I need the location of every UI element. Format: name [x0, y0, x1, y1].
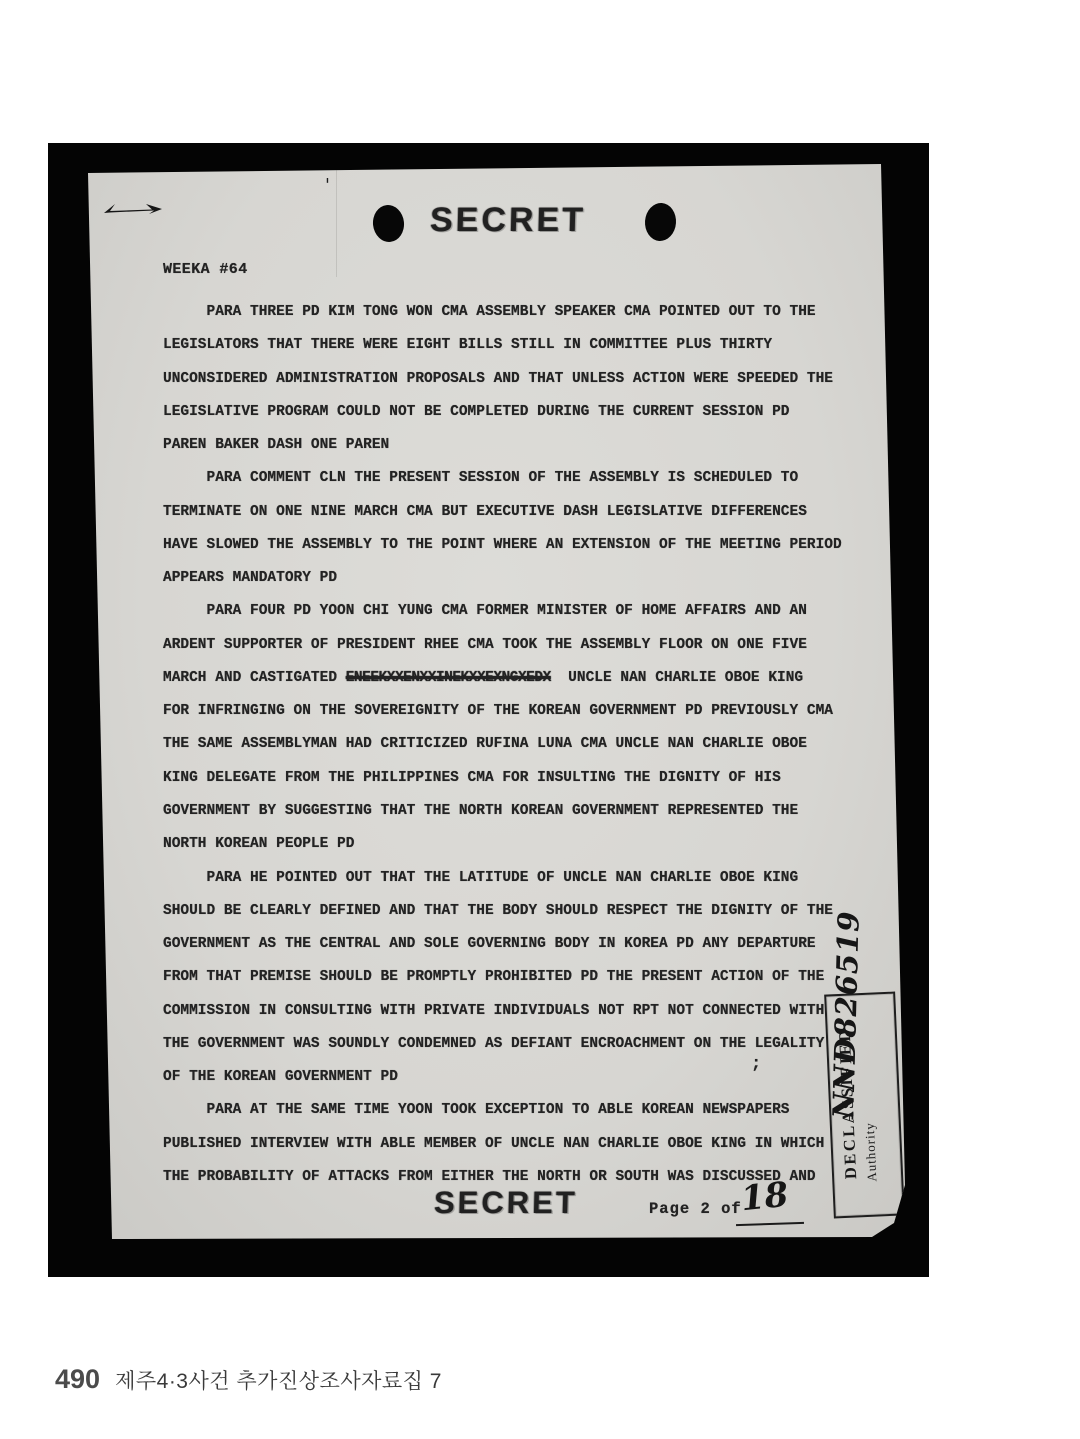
line-text: UNCLE NAN CHARLIE OBOE KING — [551, 670, 803, 686]
document-line: KING DELEGATE FROM THE PHILIPPINES CMA F… — [163, 762, 883, 795]
handwritten-underline — [736, 1222, 804, 1226]
hole-punch-right — [644, 202, 678, 242]
book-page: ' SECRET WEEKA #64 PARA THREE PD KIM TON… — [0, 0, 1080, 1439]
document-line: ARDENT SUPPORTER OF PRESIDENT RHEE CMA T… — [163, 629, 883, 662]
document-line: THE SAME ASSEMBLYMAN HAD CRITICIZED RUFI… — [163, 728, 883, 761]
document-line: HAVE SLOWED THE ASSEMBLY TO THE POINT WH… — [163, 529, 883, 562]
document-line: PARA COMMENT CLN THE PRESENT SESSION OF … — [163, 462, 883, 495]
authority-number-handwritten: NND826519 — [826, 910, 865, 1119]
document-line: PARA FOUR PD YOON CHI YUNG CMA FORMER MI… — [163, 595, 883, 628]
stray-semicolon-mark: ; — [751, 1055, 761, 1074]
paper-crease — [336, 159, 337, 277]
document-line: PARA THREE PD KIM TONG WON CMA ASSEMBLY … — [163, 296, 883, 329]
document-line: GOVERNMENT BY SUGGESTING THAT THE NORTH … — [163, 795, 883, 828]
document-line: COMMISSION IN CONSULTING WITH PRIVATE IN… — [163, 995, 883, 1028]
document-line: TERMINATE ON ONE NINE MARCH CMA BUT EXEC… — [163, 496, 883, 529]
declassified-stamp-text: DECLASSIFIED Authority NND826519 — [826, 994, 896, 1211]
stray-apostrophe-mark: ' — [325, 175, 330, 196]
secret-stamp-bottom: SECRET — [434, 1185, 555, 1221]
document-body: PARA THREE PD KIM TONG WON CMA ASSEMBLY … — [163, 296, 883, 1194]
document-line: FOR INFRINGING ON THE SOVEREIGNITY OF TH… — [163, 695, 883, 728]
page-total-handwritten: 18 — [739, 1175, 790, 1220]
document-line: THE GOVERNMENT WAS SOUNDLY CONDEMNED AS … — [163, 1028, 883, 1061]
document-line: NORTH KOREAN PEOPLE PD — [163, 828, 883, 861]
document-line: UNCONSIDERED ADMINISTRATION PROPOSALS AN… — [163, 363, 883, 396]
document-line: FROM THAT PREMISE SHOULD BE PROMPTLY PRO… — [163, 961, 883, 994]
page-count-label: Page 2 of — [649, 1200, 742, 1218]
document-line: PAREN BAKER DASH ONE PAREN — [163, 429, 883, 462]
document-line: SHOULD BE CLEARLY DEFINED AND THAT THE B… — [163, 895, 883, 928]
document-line: MARCH AND CASTIGATED ENEEKXXENXXINEKXXEX… — [163, 662, 883, 695]
hole-punch-left — [371, 203, 406, 243]
document-line: LEGISLATIVE PROGRAM COULD NOT BE COMPLET… — [163, 396, 883, 429]
document-line: PUBLISHED INTERVIEW WITH ABLE MEMBER OF … — [163, 1128, 883, 1161]
document-line: GOVERNMENT AS THE CENTRAL AND SOLE GOVER… — [163, 928, 883, 961]
book-page-number: 490 — [55, 1364, 100, 1395]
typed-over-strikeout: ENEEKXXENXXINEKXXEXNGXEDX — [346, 670, 551, 686]
declassified-stamp: DECLASSIFIED Authority NND826519 — [824, 992, 905, 1219]
arrow-mark — [102, 201, 168, 217]
line-text: MARCH AND CASTIGATED — [163, 670, 346, 686]
document-paper: ' SECRET WEEKA #64 PARA THREE PD KIM TON… — [48, 143, 929, 1277]
document-line: PARA AT THE SAME TIME YOON TOOK EXCEPTIO… — [163, 1094, 883, 1127]
book-footer: 490 제주4·3사건 추가진상조사자료집 7 — [55, 1364, 442, 1395]
document-line: PARA HE POINTED OUT THAT THE LATITUDE OF… — [163, 862, 883, 895]
document-line: OF THE KOREAN GOVERNMENT PD — [163, 1061, 883, 1094]
document-line: LEGISLATORS THAT THERE WERE EIGHT BILLS … — [163, 329, 883, 362]
scanned-document: ' SECRET WEEKA #64 PARA THREE PD KIM TON… — [48, 143, 929, 1277]
document-id: WEEKA #64 — [163, 261, 248, 278]
secret-stamp-top: SECRET — [429, 201, 570, 240]
document-line: APPEARS MANDATORY PD — [163, 562, 883, 595]
book-title: 제주4·3사건 추가진상조사자료집 7 — [115, 1365, 442, 1395]
